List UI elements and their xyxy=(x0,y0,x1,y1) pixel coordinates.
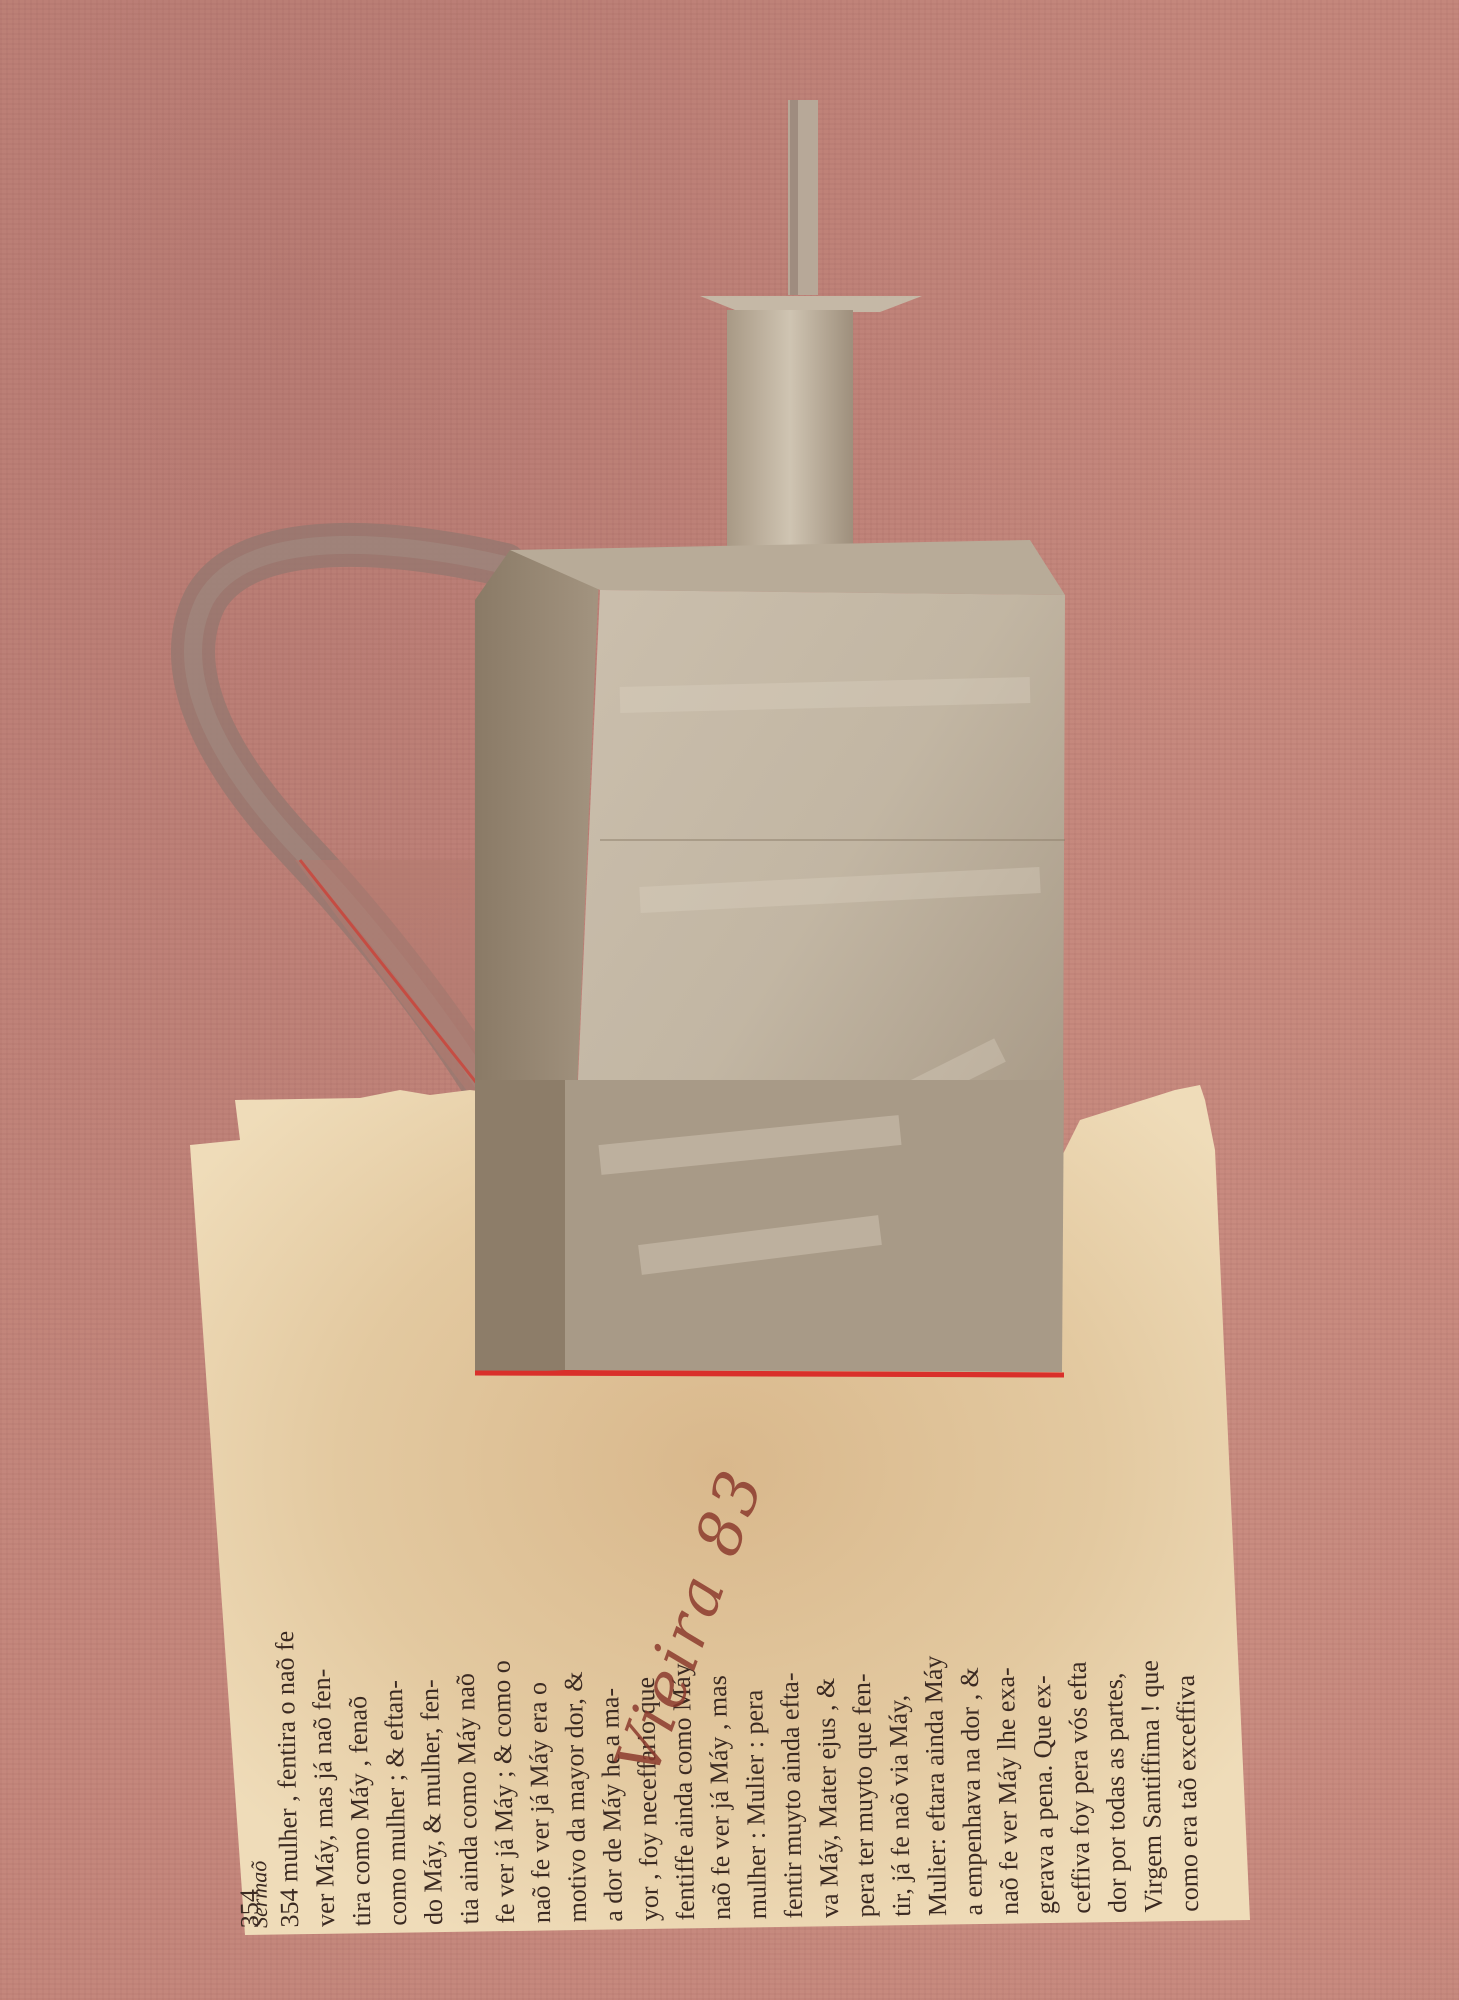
painting-canvas: 354 Sermaõ 354 mulher , fentira o naõ fe… xyxy=(0,0,1459,2000)
